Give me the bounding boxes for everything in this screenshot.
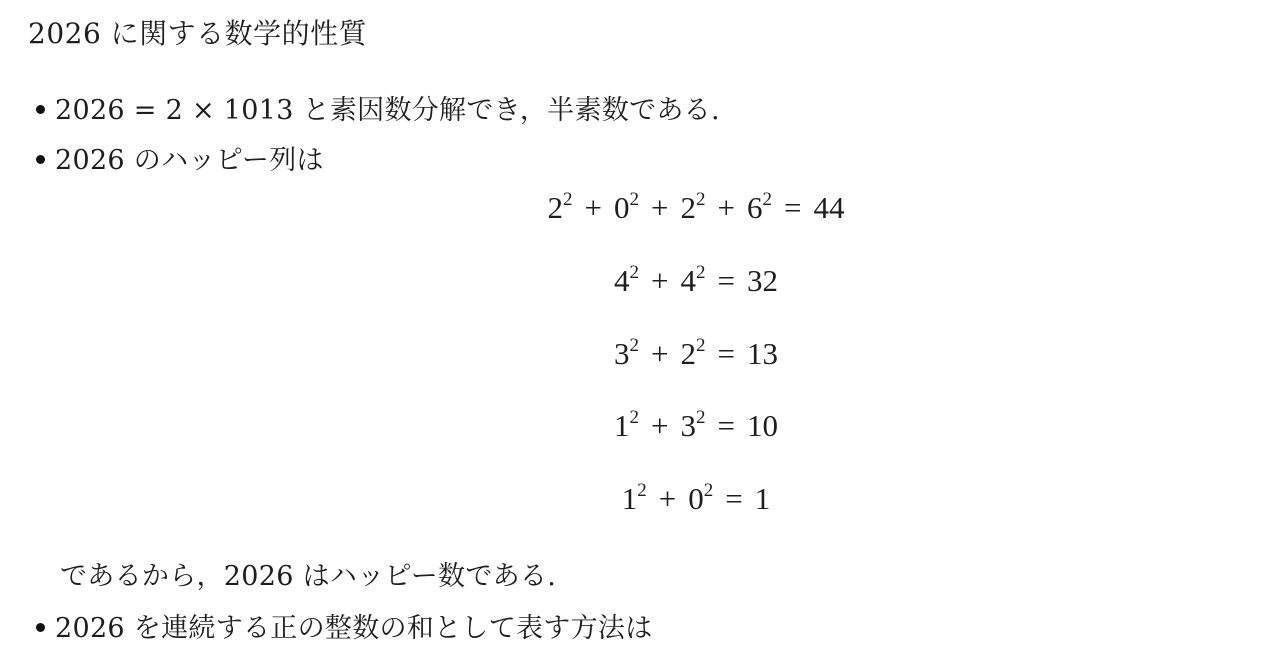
- term-base: 3: [614, 336, 630, 371]
- equation-step-2: 42+42=32: [0, 261, 1280, 301]
- equation-step-5: 12+02=1: [0, 479, 1280, 519]
- equation-result: 1: [755, 481, 771, 516]
- bullet-icon: [36, 623, 45, 632]
- bullet-icon: [36, 155, 45, 164]
- list-item-consecutive-sum: 2026 を連続する正の整数の和として表す方法は: [36, 610, 653, 648]
- equals-sign: =: [772, 190, 813, 225]
- term-exponent: 2: [637, 480, 647, 501]
- list-item-text: 2026 のハッピー列は: [55, 145, 324, 176]
- term-exponent: 2: [563, 189, 573, 210]
- term-base: 2: [681, 336, 697, 371]
- bullet-icon: [36, 105, 45, 114]
- plus-sign: +: [573, 190, 614, 225]
- term-base: 0: [688, 481, 704, 516]
- term-base: 0: [614, 190, 630, 225]
- term-exponent: 2: [704, 480, 714, 501]
- happy-number-conclusion: であるから，2026 はハッピー数である.: [60, 558, 556, 596]
- term-base: 1: [622, 481, 638, 516]
- term-exponent: 2: [630, 189, 640, 210]
- document-page: 2026 に関する数学的性質 2026 = 2 × 1013 と素因数分解でき，…: [0, 0, 1280, 669]
- equals-sign: =: [713, 481, 754, 516]
- term-exponent: 2: [696, 335, 706, 356]
- plus-sign: +: [647, 481, 688, 516]
- term-base: 2: [548, 190, 564, 225]
- term-exponent: 2: [630, 335, 640, 356]
- equation-result: 32: [747, 263, 778, 298]
- document-title: 2026 に関する数学的性質: [28, 14, 367, 54]
- term-base: 4: [681, 263, 697, 298]
- list-item-semiprime: 2026 = 2 × 1013 と素因数分解でき，半素数である.: [36, 92, 720, 130]
- equation-step-1: 22+02+22+62=44: [0, 188, 1280, 228]
- plus-sign: +: [639, 336, 680, 371]
- term-exponent: 2: [696, 262, 706, 283]
- term-base: 6: [747, 190, 763, 225]
- list-item-text: 2026 を連続する正の整数の和として表す方法は: [55, 613, 653, 644]
- term-exponent: 2: [762, 189, 772, 210]
- term-base: 4: [614, 263, 630, 298]
- plus-sign: +: [639, 190, 680, 225]
- plus-sign: +: [639, 263, 680, 298]
- plus-sign: +: [706, 190, 747, 225]
- list-item-happy-sequence: 2026 のハッピー列は: [36, 142, 324, 180]
- list-item-text: 2026 = 2 × 1013 と素因数分解でき，半素数である.: [55, 95, 720, 126]
- equation-result: 10: [747, 408, 778, 443]
- equation-step-3: 32+22=13: [0, 334, 1280, 374]
- term-exponent: 2: [696, 407, 706, 428]
- equation-result: 13: [747, 336, 778, 371]
- equals-sign: =: [706, 263, 747, 298]
- equation-step-4: 12+32=10: [0, 406, 1280, 446]
- plus-sign: +: [639, 408, 680, 443]
- term-exponent: 2: [696, 189, 706, 210]
- equals-sign: =: [706, 408, 747, 443]
- equation-result: 44: [813, 190, 844, 225]
- term-exponent: 2: [630, 407, 640, 428]
- term-exponent: 2: [630, 262, 640, 283]
- term-base: 1: [614, 408, 630, 443]
- equals-sign: =: [706, 336, 747, 371]
- term-base: 2: [681, 190, 697, 225]
- term-base: 3: [681, 408, 697, 443]
